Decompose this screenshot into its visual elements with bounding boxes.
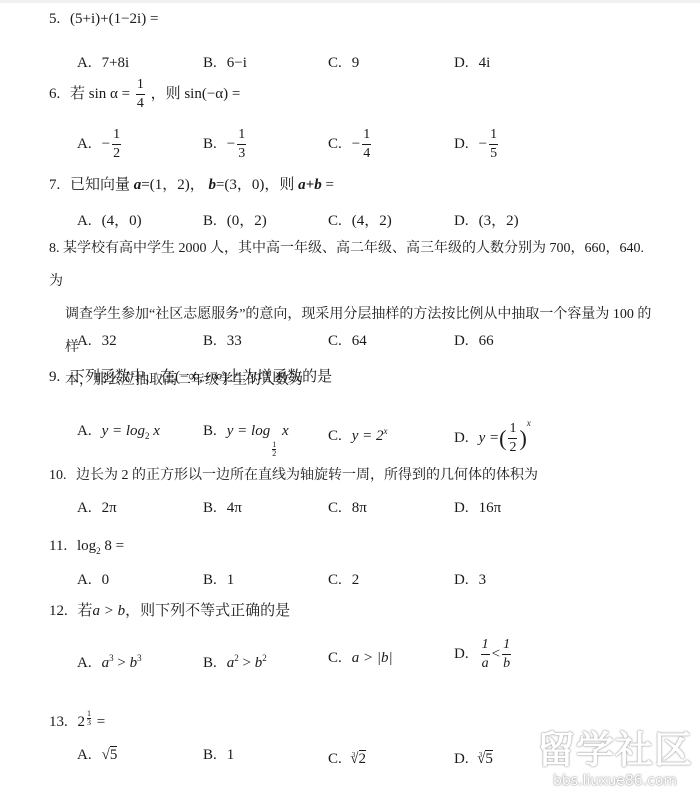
- question-text: 边长为 2 的正方形以一边所在直线为轴旋转一周，所得到的几何体的体积为: [76, 468, 538, 483]
- option-text: 6−i: [227, 55, 247, 71]
- option-text: (4，2): [352, 213, 392, 229]
- minus-sign: −: [102, 136, 110, 152]
- option-c: C.3√2: [328, 744, 366, 770]
- question-5-options: A.7+8i B.6−i C.9 D.4i: [77, 52, 677, 76]
- option-a: A.a3 > b3: [77, 647, 142, 674]
- question-number: 10.: [49, 468, 67, 483]
- option-text: y = 2: [352, 428, 384, 444]
- exponent: 2: [262, 653, 267, 663]
- exponent: x: [527, 418, 531, 428]
- minus-sign: −: [227, 136, 235, 152]
- option-d: D.3√5: [454, 744, 493, 770]
- option-text: 3: [479, 572, 487, 588]
- option-a: A.(4，0): [77, 210, 142, 232]
- exponent: 3: [137, 653, 142, 663]
- option-d: D.1a<1b: [454, 638, 513, 671]
- radicand: 2: [359, 750, 367, 767]
- question-text: 若 sin α =: [70, 86, 130, 102]
- option-label: A.: [77, 423, 92, 439]
- vector-b-value: =(3，0)，则: [216, 177, 294, 193]
- question-12-stem: 12. 若a > b，则下列不等式正确的是: [49, 601, 290, 621]
- numerator: 1: [136, 78, 145, 95]
- question-text: log: [77, 538, 96, 554]
- question-10-stem: 10. 边长为 2 的正方形以一边所在直线为轴旋转一周，所得到的几何体的体积为: [49, 466, 538, 486]
- radical-sign: √: [102, 747, 110, 763]
- operator: >: [239, 655, 255, 671]
- option-text: 33: [227, 333, 242, 349]
- question-9-options: A.y = log2 x B.y = log12 x C.y = 2x D.y …: [77, 420, 677, 444]
- fraction: 14: [362, 128, 371, 161]
- question-text: (5+i)+(1−2i) =: [70, 11, 158, 27]
- question-text: ，则 sin(−α) =: [151, 86, 241, 102]
- denominator: a: [482, 655, 489, 671]
- option-label: C.: [328, 572, 342, 588]
- exponent: x: [384, 426, 388, 436]
- question-13-stem: 13. 213 =: [49, 710, 105, 732]
- option-text: (4，0): [102, 213, 142, 229]
- option-c: C.y = 2x: [328, 420, 388, 447]
- option-label: A.: [77, 500, 92, 516]
- question-text: 若: [78, 603, 93, 619]
- option-c: C.9: [328, 52, 359, 74]
- watermark-logo: 留学社区 bbs.liuxue86.com: [530, 728, 700, 800]
- option-label: A.: [77, 572, 92, 588]
- question-7-options: A.(4，0) B.(0，2) C.(4，2) D.(3，2): [77, 210, 677, 234]
- vector-a-value: =(1，2)，: [141, 177, 204, 193]
- fraction: 12: [112, 128, 121, 161]
- option-text: 66: [479, 333, 494, 349]
- option-a: A.y = log2 x: [77, 420, 160, 447]
- option-text: a > |b|: [352, 650, 393, 666]
- question-number: 5.: [49, 11, 60, 27]
- option-label: C.: [328, 136, 342, 152]
- option-text: 0: [102, 572, 110, 588]
- option-text: 7+8i: [102, 55, 130, 71]
- option-label: D.: [454, 646, 469, 662]
- option-b: B.6−i: [203, 52, 247, 74]
- numerator: 1: [237, 128, 246, 145]
- option-d: D.y =(12)x: [454, 412, 531, 455]
- question-6-stem: 6. 若 sin α = 14 ，则 sin(−α) =: [49, 78, 240, 111]
- option-text: 32: [102, 333, 117, 349]
- option-label: C.: [328, 428, 342, 444]
- question-7-stem: 7. 已知向量 a=(1，2)， b=(3，0)，则 a+b =: [49, 175, 334, 195]
- denominator: 4: [137, 95, 144, 111]
- option-label: C.: [328, 213, 342, 229]
- minus-sign: −: [352, 136, 360, 152]
- option-d: D.(3，2): [454, 210, 519, 232]
- option-a: A.0: [77, 569, 109, 591]
- option-text: 1: [227, 572, 235, 588]
- fraction: 1b: [502, 638, 511, 671]
- option-label: A.: [77, 55, 92, 71]
- option-text: (0，2): [227, 213, 267, 229]
- question-text: =: [93, 714, 105, 730]
- option-text: 2: [352, 572, 360, 588]
- option-label: B.: [203, 500, 217, 516]
- denominator: 2: [113, 145, 120, 161]
- option-b: B.a2 > b2: [203, 647, 267, 674]
- option-label: B.: [203, 55, 217, 71]
- denominator: 4: [363, 145, 370, 161]
- option-label: D.: [454, 572, 469, 588]
- vector-b: b: [208, 177, 216, 193]
- option-label: C.: [328, 751, 342, 767]
- option-text: x: [278, 423, 288, 439]
- numerator: 1: [489, 128, 498, 145]
- radicand: 5: [110, 746, 118, 763]
- fraction: 14: [136, 78, 145, 111]
- question-text-line: 某学校有高中学生 2000 人，其中高一年级、高二年级、高三年级的人数分别为 7…: [49, 241, 644, 289]
- question-text: 下列函数中，在: [70, 369, 175, 385]
- watermark-url: bbs.liuxue86.com: [530, 772, 700, 790]
- option-text: 4i: [479, 55, 491, 71]
- option-a: A.32: [77, 330, 117, 352]
- numerator: 1: [112, 128, 121, 145]
- option-b: B.y = log12 x: [203, 420, 289, 458]
- question-number: 9.: [49, 369, 60, 385]
- question-number: 7.: [49, 177, 60, 193]
- option-label: D.: [454, 55, 469, 71]
- operator: >: [114, 655, 130, 671]
- denominator: 3: [238, 145, 245, 161]
- option-label: C.: [328, 333, 342, 349]
- option-text: y =: [479, 430, 500, 446]
- option-label: C.: [328, 650, 342, 666]
- option-b: B.33: [203, 330, 242, 352]
- option-c: C.−14: [328, 128, 373, 161]
- numerator: 1: [481, 638, 490, 655]
- numerator: 1: [362, 128, 371, 145]
- question-number: 6.: [49, 86, 60, 102]
- denominator: b: [503, 655, 510, 671]
- question-number: 11.: [49, 538, 67, 554]
- option-text: 9: [352, 55, 360, 71]
- option-text: 1: [227, 747, 235, 763]
- question-10-options: A.2π B.4π C.8π D.16π: [77, 497, 677, 521]
- option-label: B.: [203, 333, 217, 349]
- fraction: 1a: [481, 638, 490, 671]
- option-label: C.: [328, 500, 342, 516]
- option-label: B.: [203, 136, 217, 152]
- watermark-title: 留学社区: [530, 728, 700, 772]
- numerator: 1: [502, 638, 511, 655]
- option-text: 64: [352, 333, 367, 349]
- option-c: C.64: [328, 330, 367, 352]
- option-label: A.: [77, 747, 92, 763]
- question-8-options: A.32 B.33 C.64 D.66: [77, 330, 677, 354]
- radical-sign: √: [350, 751, 358, 767]
- option-text: (3，2): [479, 213, 519, 229]
- option-d: D.4i: [454, 52, 490, 74]
- question-text: 已知向量: [70, 177, 130, 193]
- question-11-options: A.0 B.1 C.2 D.3: [77, 569, 677, 593]
- minus-sign: −: [479, 136, 487, 152]
- option-text: y = log: [227, 423, 270, 439]
- option-d: D.−15: [454, 128, 500, 161]
- numerator: 1: [508, 422, 517, 439]
- denominator: 2: [509, 439, 516, 455]
- option-a: A.7+8i: [77, 52, 129, 74]
- option-label: B.: [203, 747, 217, 763]
- option-text: x: [150, 423, 160, 439]
- question-text: =: [322, 177, 334, 193]
- inequality: a > b: [93, 603, 126, 619]
- option-d: D.16π: [454, 497, 501, 519]
- question-6-options: A.−12 B.−13 C.−14 D.−15: [77, 128, 677, 152]
- question-number: 12.: [49, 603, 68, 619]
- operator: <: [492, 646, 500, 662]
- option-label: D.: [454, 136, 469, 152]
- option-b: B.4π: [203, 497, 242, 519]
- vector-sum: a+b: [298, 177, 322, 193]
- option-label: A.: [77, 333, 92, 349]
- option-d: D.66: [454, 330, 494, 352]
- option-label: A.: [77, 136, 92, 152]
- option-label: D.: [454, 213, 469, 229]
- option-label: A.: [77, 213, 92, 229]
- option-text: y = log: [102, 423, 145, 439]
- option-label: B.: [203, 423, 217, 439]
- question-12-options: A.a3 > b3 B.a2 > b2 C.a > |b| D.1a<1b: [77, 647, 677, 671]
- denominator: 5: [490, 145, 497, 161]
- question-text: 8 =: [101, 538, 124, 554]
- base: a: [102, 655, 110, 671]
- question-9-stem: 9. 下列函数中，在(−∞,+∞)上为增函数的是: [49, 367, 332, 387]
- radicand: 5: [485, 750, 493, 767]
- option-c: C.2: [328, 569, 359, 591]
- option-d: D.3: [454, 569, 486, 591]
- interval: (−∞,+∞): [175, 369, 227, 385]
- option-c: C.a > |b|: [328, 647, 393, 669]
- option-b: B.1: [203, 569, 234, 591]
- option-label: D.: [454, 333, 469, 349]
- denominator: 2: [272, 450, 276, 458]
- option-text: 4π: [227, 500, 242, 516]
- option-c: C.8π: [328, 497, 367, 519]
- denominator: 3: [87, 719, 91, 727]
- question-11-stem: 11. log2 8 =: [49, 536, 124, 561]
- option-label: D.: [454, 500, 469, 516]
- question-text: 上为增函数的是: [227, 369, 332, 385]
- option-label: B.: [203, 572, 217, 588]
- log-base-fraction: 12: [272, 441, 276, 458]
- option-a: A.2π: [77, 497, 117, 519]
- base: 2: [78, 714, 86, 730]
- option-b: B.1: [203, 744, 234, 766]
- top-border: [0, 0, 700, 3]
- question-number: 8.: [49, 241, 60, 256]
- fraction: 12: [508, 422, 517, 455]
- option-label: C.: [328, 55, 342, 71]
- question-text: ，则下列不等式正确的是: [125, 603, 290, 619]
- question-5-stem: 5. (5+i)+(1−2i) =: [49, 9, 158, 29]
- option-label: B.: [203, 655, 217, 671]
- question-number: 13.: [49, 714, 68, 730]
- option-c: C.(4，2): [328, 210, 392, 232]
- fraction: 13: [237, 128, 246, 161]
- option-label: D.: [454, 751, 469, 767]
- base: b: [130, 655, 138, 671]
- exponent-fraction: 13: [87, 710, 91, 727]
- option-b: B.−13: [203, 128, 248, 161]
- option-text: 16π: [479, 500, 502, 516]
- option-b: B.(0，2): [203, 210, 267, 232]
- option-label: D.: [454, 430, 469, 446]
- option-label: B.: [203, 213, 217, 229]
- option-a: A.√5: [77, 744, 117, 766]
- option-a: A.−12: [77, 128, 123, 161]
- fraction: 15: [489, 128, 498, 161]
- option-text: 2π: [102, 500, 117, 516]
- option-text: 8π: [352, 500, 367, 516]
- option-label: A.: [77, 655, 92, 671]
